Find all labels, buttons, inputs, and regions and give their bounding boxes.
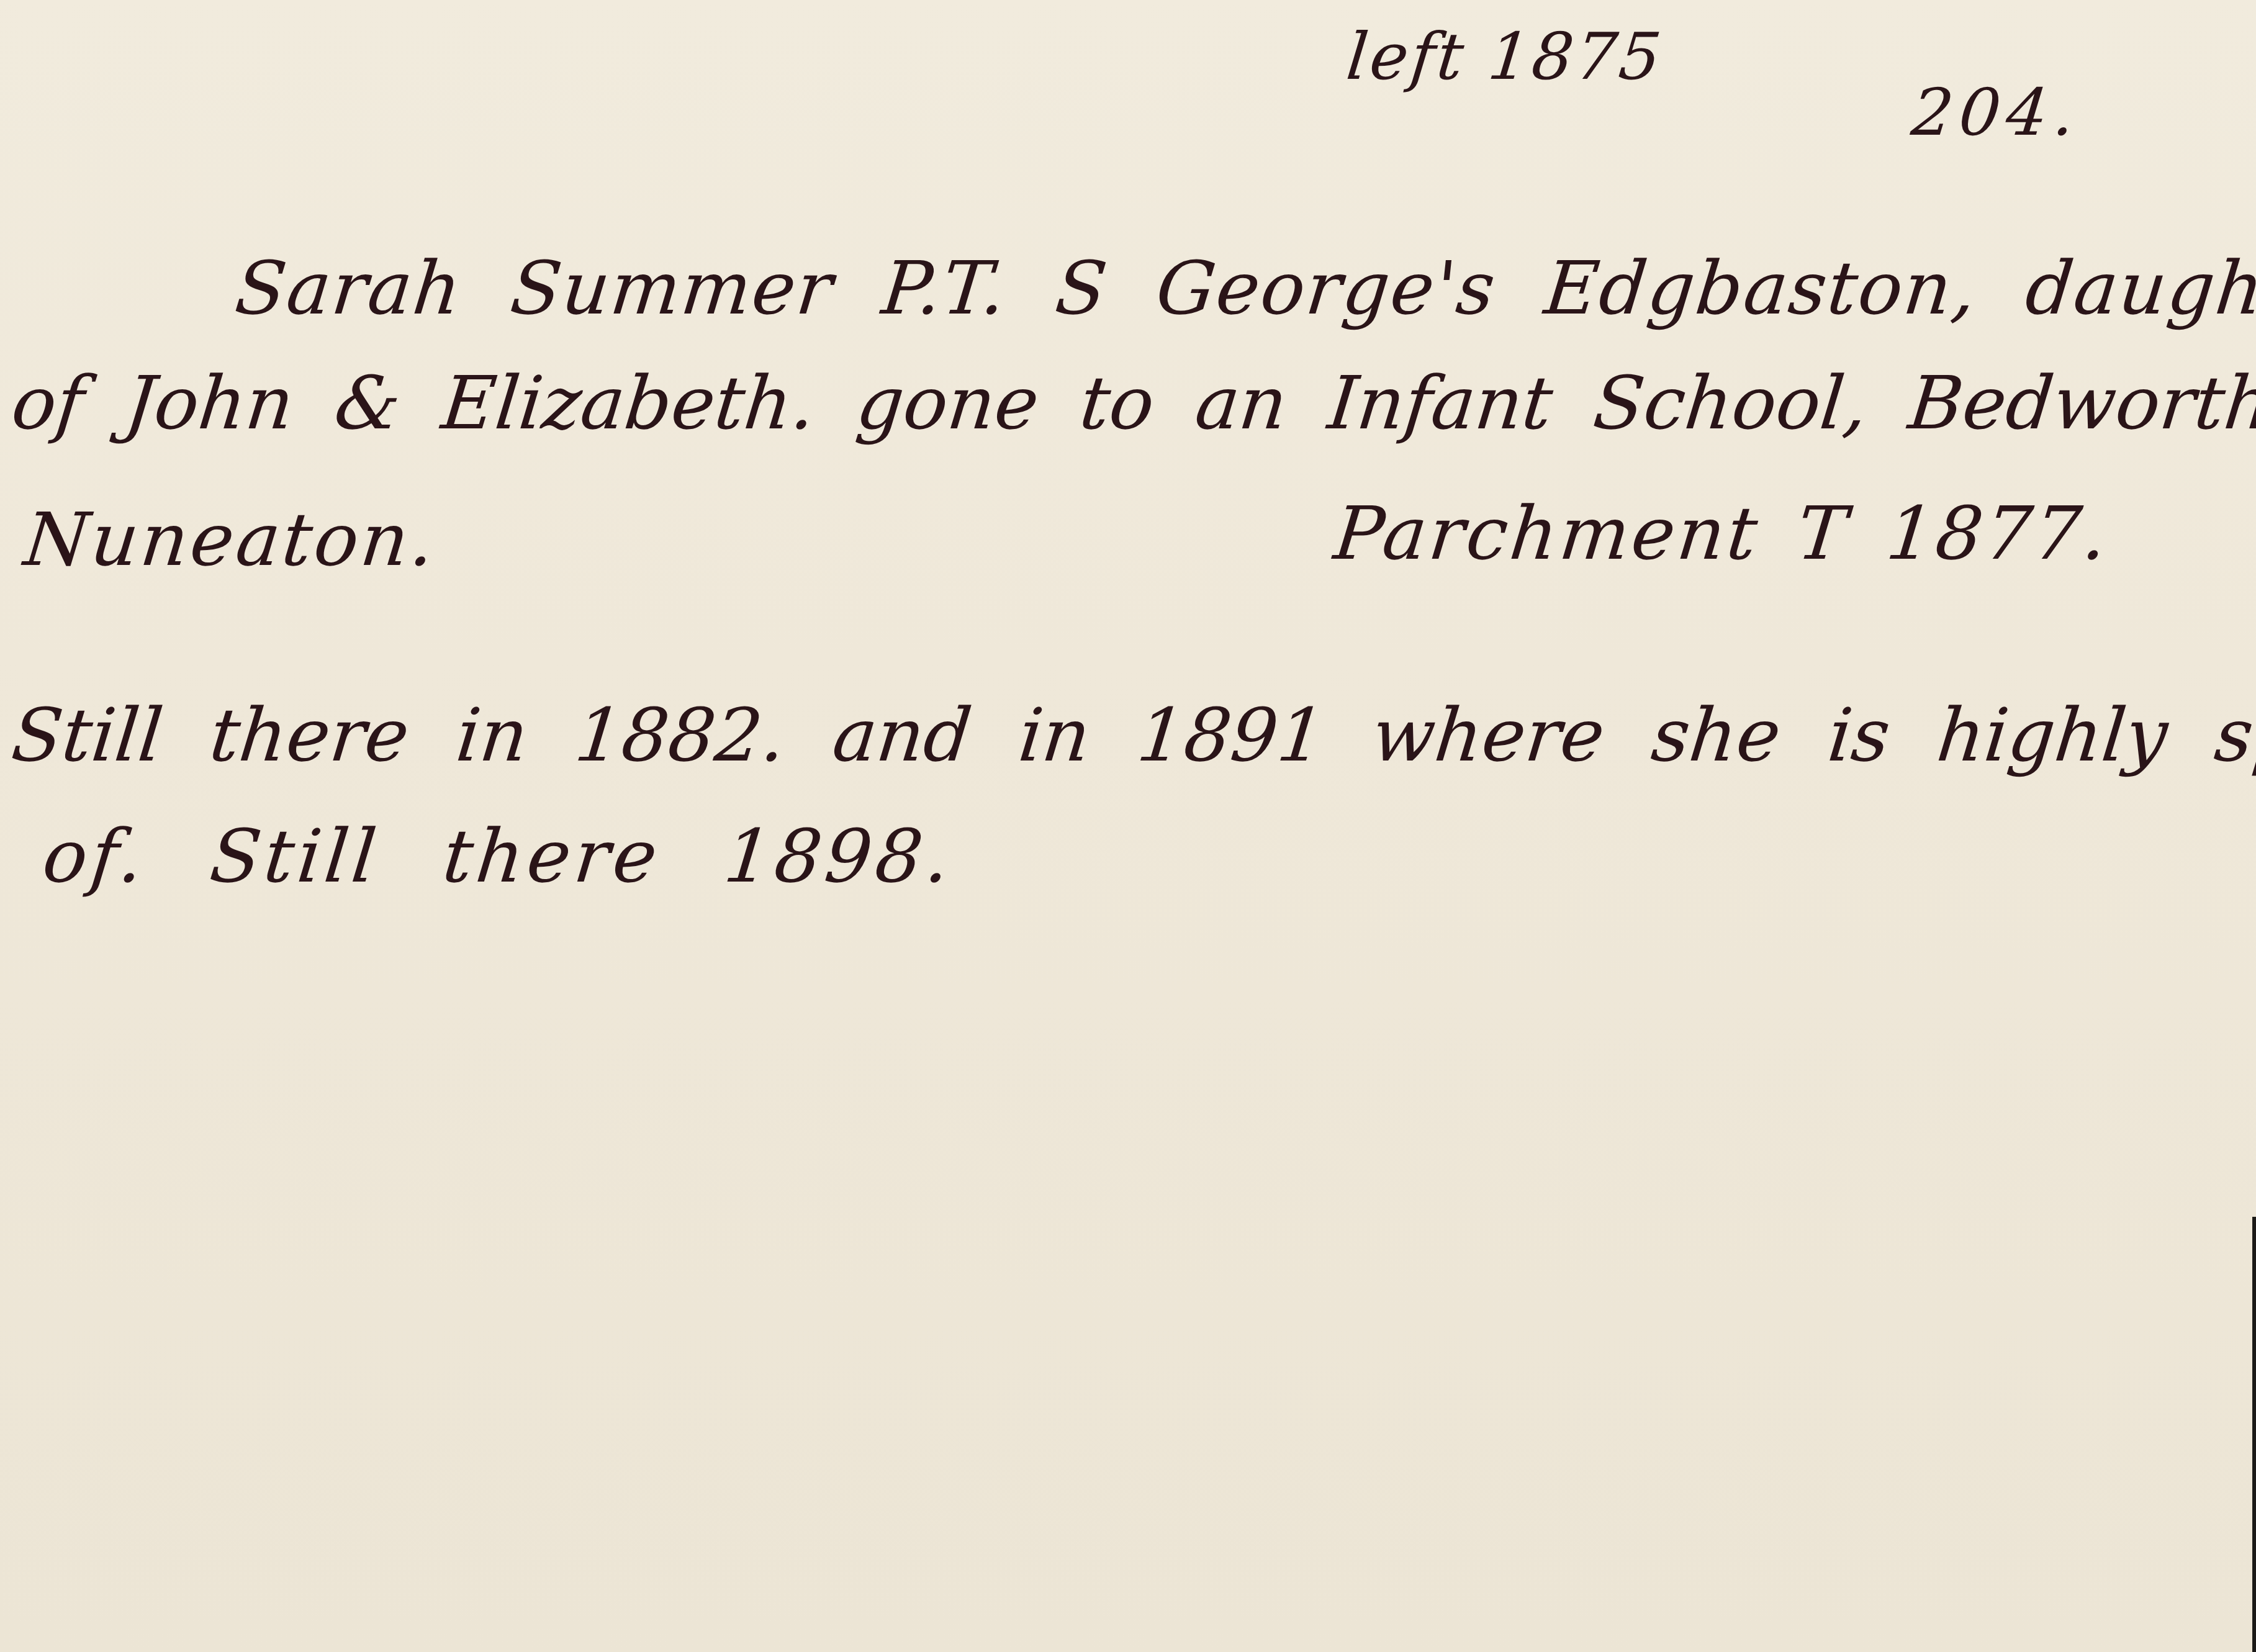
record-number: 204.: [1908, 74, 2085, 150]
parchment-note: Parchment T 1877.: [1330, 490, 2114, 576]
followup-line-1: Still there in 1882. and in 1891 where s…: [8, 692, 2256, 778]
entry-place: Nuneaton.: [20, 497, 441, 582]
record-card: left 1875 204. Sarah Summer P.T. S Georg…: [0, 0, 2256, 1652]
followup-line-2: of. Still there 1898.: [39, 813, 958, 899]
left-date-note: left 1875: [1343, 19, 1667, 94]
entry-line-1: Sarah Summer P.T. S George's Edgbaston, …: [232, 245, 2256, 331]
entry-line-2: of John & Elizabeth. gone to an Infant S…: [8, 360, 2256, 446]
card-edge-shadow: [2252, 1217, 2256, 1652]
